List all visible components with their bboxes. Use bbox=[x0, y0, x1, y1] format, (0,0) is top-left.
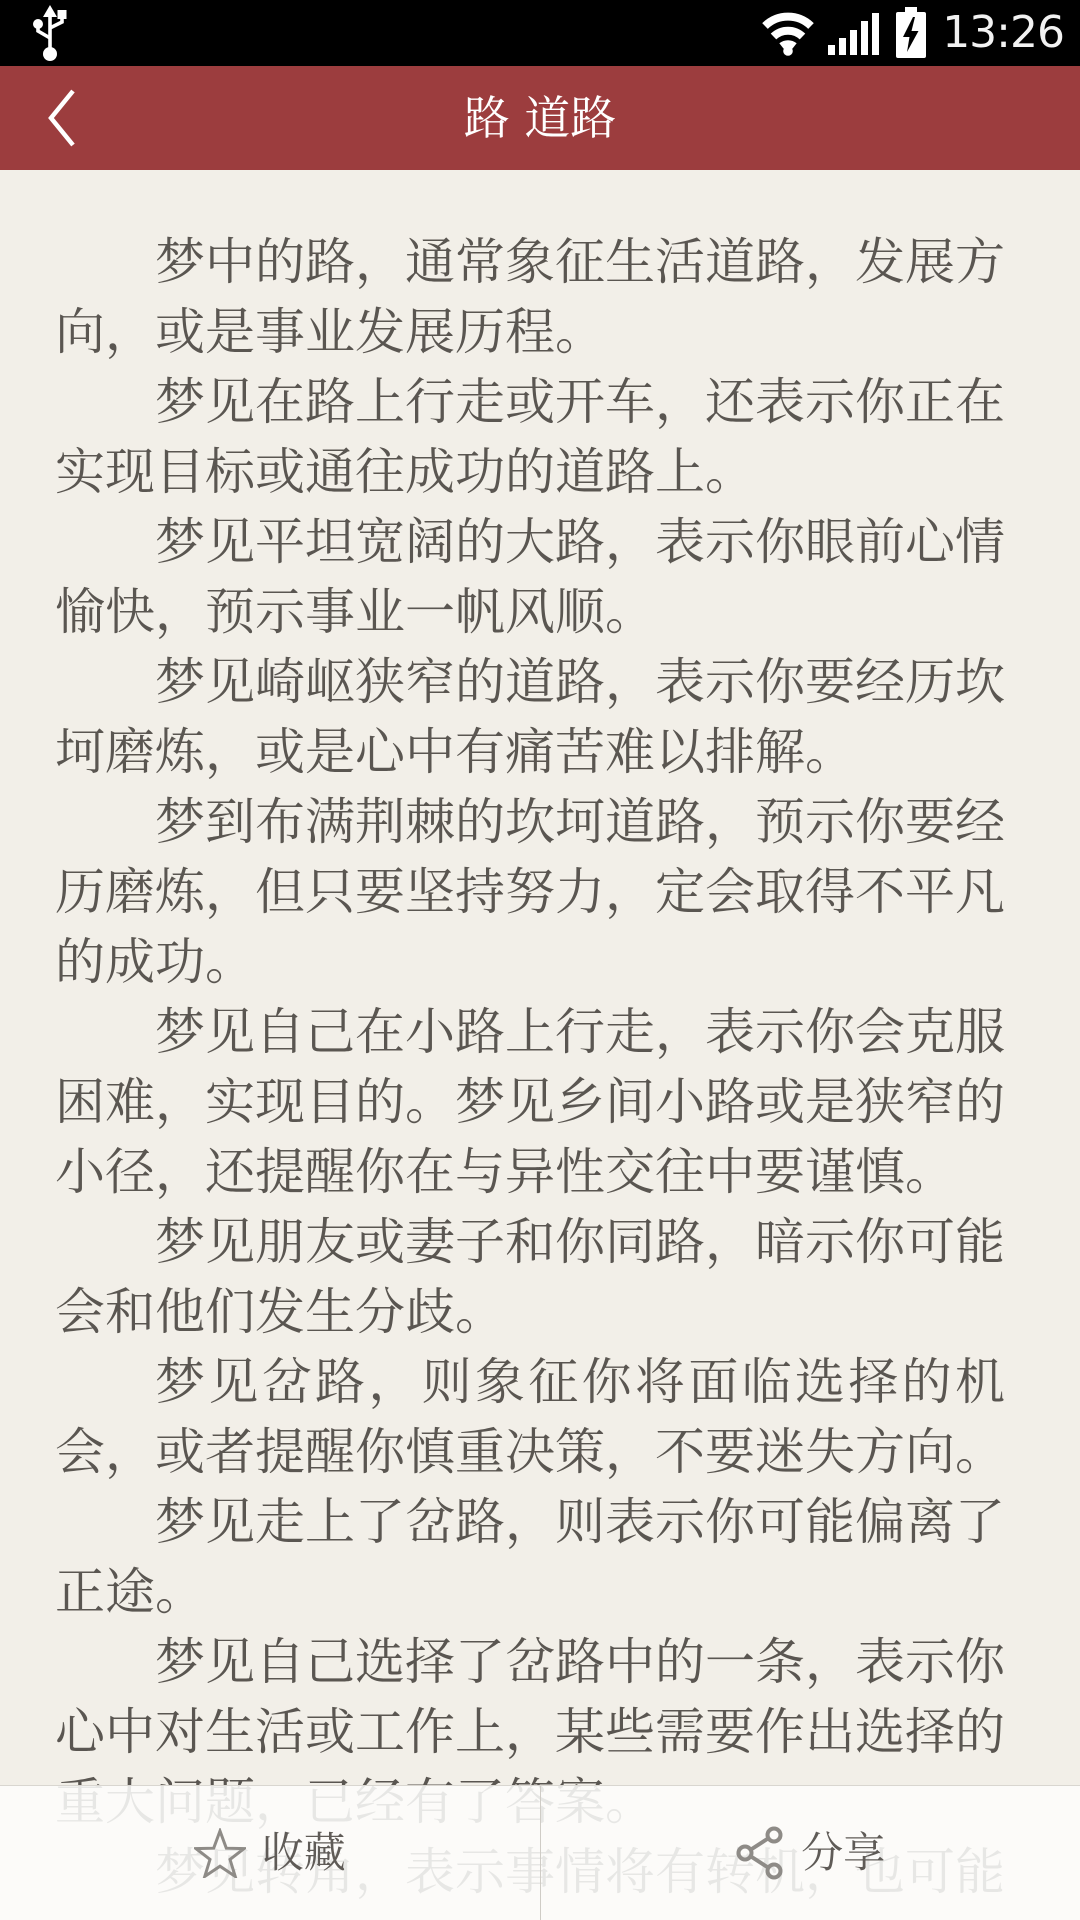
page-title: 路 道路 bbox=[464, 95, 617, 141]
signal-icon bbox=[828, 10, 880, 56]
app-header: 路 道路 bbox=[0, 66, 1080, 170]
paragraph: 梦中的路，通常象征生活道路，发展方向，或是事业发展历程。 bbox=[0, 227, 1005, 367]
usb-icon bbox=[30, 4, 70, 62]
star-icon bbox=[194, 1828, 246, 1878]
share-label: 分享 bbox=[801, 1832, 885, 1874]
article-content: 梦中的路，通常象征生活道路，发展方向，或是事业发展历程。 梦见在路上行走或开车，… bbox=[0, 170, 1080, 1907]
clock: 13:26 bbox=[942, 11, 1064, 55]
status-icons-group: 13:26 bbox=[761, 7, 1064, 59]
chevron-left-icon bbox=[42, 87, 80, 149]
paragraph: 梦见岔路，则象征你将面临选择的机会，或者提醒你慎重决策，不要迷失方向。 bbox=[0, 1347, 1005, 1487]
paragraph: 梦见走上了岔路，则表示你可能偏离了正途。 bbox=[0, 1487, 1005, 1627]
favorite-button[interactable]: 收藏 bbox=[0, 1786, 540, 1920]
share-button[interactable]: 分享 bbox=[541, 1786, 1080, 1920]
back-button[interactable] bbox=[0, 66, 130, 170]
paragraph: 梦见自己在小路上行走，表示你会克服困难，实现目的。梦见乡间小路或是狭窄的小径，还… bbox=[0, 997, 1005, 1207]
battery-charging-icon bbox=[893, 7, 929, 59]
screen: 13:26 路 道路 梦中的路，通常象征生活道路，发展方向，或是事业发展历程。 … bbox=[0, 0, 1080, 1920]
paragraph: 梦见在路上行走或开车，还表示你正在实现目标或通往成功的道路上。 bbox=[0, 367, 1005, 507]
paragraph: 梦见平坦宽阔的大路，表示你眼前心情愉快，预示事业一帆风顺。 bbox=[0, 507, 1005, 647]
paragraph: 梦见朋友或妻子和你同路，暗示你可能会和他们发生分歧。 bbox=[0, 1207, 1005, 1347]
wifi-icon bbox=[761, 10, 815, 56]
status-bar: 13:26 bbox=[0, 0, 1080, 66]
favorite-label: 收藏 bbox=[262, 1832, 346, 1874]
bottom-toolbar: 收藏 分享 bbox=[0, 1785, 1080, 1920]
share-icon bbox=[735, 1826, 785, 1880]
paragraph: 梦见崎岖狭窄的道路，表示你要经历坎坷磨炼，或是心中有痛苦难以排解。 bbox=[0, 647, 1005, 787]
paragraph: 梦到布满荆棘的坎坷道路，预示你要经历磨炼，但只要坚持努力，定会取得不平凡的成功。 bbox=[0, 787, 1005, 997]
